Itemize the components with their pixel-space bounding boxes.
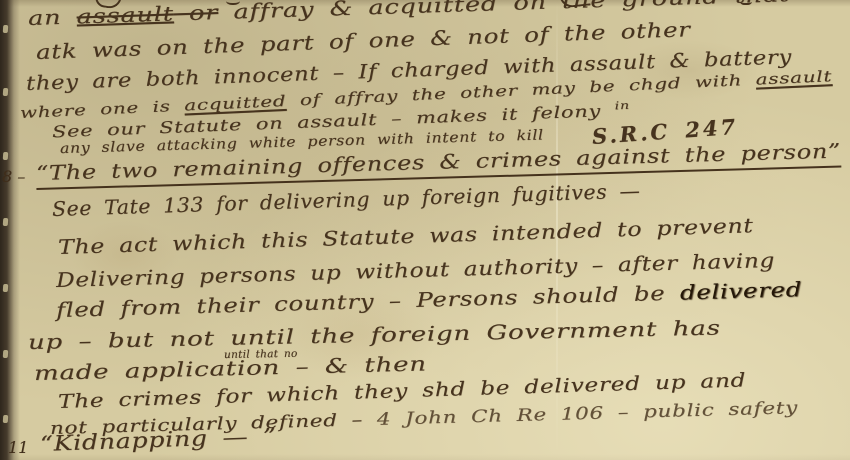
- stitch-mark: [3, 415, 9, 423]
- binding-edge: [0, 0, 20, 460]
- margin-number-text: 8 –: [2, 167, 25, 186]
- stitch-mark: [3, 88, 9, 96]
- stitch-mark: [3, 284, 9, 292]
- line-text: made application – & then: [34, 351, 427, 385]
- stitch-mark: [3, 25, 9, 33]
- line-text: an: [28, 4, 77, 30]
- stitch-mark: [3, 218, 9, 226]
- line-text: up – but not until the foreign Governmen…: [28, 315, 721, 354]
- case-citation: 4 John Ch Re 106 – public safety: [377, 398, 799, 430]
- struck-word: assault: [76, 1, 174, 28]
- stitch-mark: [3, 152, 9, 160]
- blotted-word: delivered: [680, 277, 803, 304]
- margin-number-text: 11: [8, 438, 28, 457]
- line-text: affray & acquitted on the ground that: [218, 0, 791, 24]
- stitch-mark: [3, 350, 9, 358]
- superscript-word: in: [614, 99, 630, 113]
- struck-word: or: [173, 0, 218, 25]
- manuscript-page: an assault or affray & acquitted on the …: [0, 0, 850, 460]
- underlined-word: assault: [755, 67, 832, 88]
- handwriting-line: up – but not until the foreign Governmen…: [28, 315, 721, 354]
- margin-number-8: 8 –: [2, 167, 25, 186]
- handwriting-line: made application – & then: [34, 351, 427, 385]
- margin-number-11: 11: [8, 438, 28, 457]
- underlined-word: acquitted: [184, 92, 287, 115]
